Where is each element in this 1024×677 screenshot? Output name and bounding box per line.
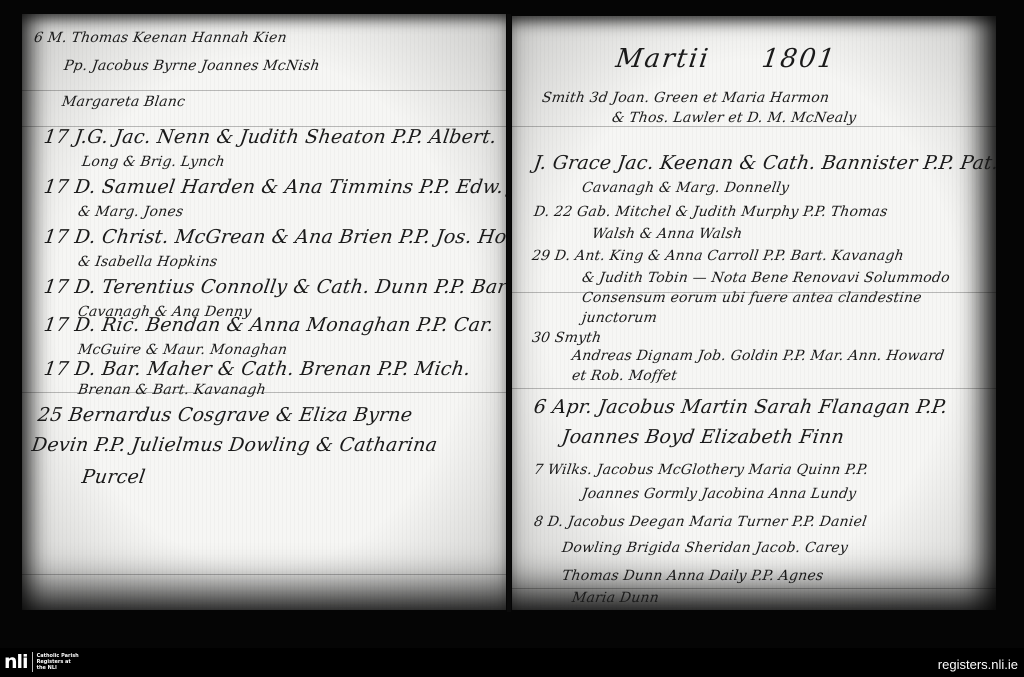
register-entry-line: Consensum eorum ubi fuere antea clandest… <box>581 290 923 306</box>
registers-site-link[interactable]: registers.nli.ie <box>938 657 1018 672</box>
register-entry-line: et Rob. Moffet <box>571 368 678 384</box>
register-month-heading: Martii <box>614 44 712 74</box>
register-entry-line: Joannes Gormly Jacobina Anna Lundy <box>581 486 857 502</box>
page-gutter <box>507 14 511 612</box>
ruled-line <box>22 90 506 91</box>
register-entry-line: Thomas Dunn Anna Daily P.P. Agnes <box>561 568 825 584</box>
register-entry-line: & Thos. Lawler et D. M. McNealy <box>611 110 857 126</box>
register-entry-line: Joannes Boyd Elizabeth Finn <box>560 426 845 448</box>
ruled-line <box>22 574 506 575</box>
register-entry-line: Walsh & Anna Walsh <box>591 226 744 242</box>
register-entry-line: 17 D. Christ. McGrean & Ana Brien P.P. J… <box>42 226 506 248</box>
register-entry-line: Cavanagh & Marg. Donnelly <box>581 180 790 196</box>
register-year-heading: 1801 <box>760 44 838 74</box>
register-entry-line: J. Grace Jac. Keenan & Cath. Bannister P… <box>532 152 996 174</box>
nli-logo-mark: nli <box>4 653 28 672</box>
ruled-line <box>512 588 996 589</box>
register-entry-line: Devin P.P. Julielmus Dowling & Catharina <box>30 434 438 456</box>
register-entry-line: 17 J.G. Jac. Nenn & Judith Sheaton P.P. … <box>42 126 498 148</box>
register-entry-line: Purcel <box>80 466 146 488</box>
register-entry-line faint: & Judith Tobin — Nota Bene Renovavi Solu… <box>581 270 951 286</box>
footer-bar: nli Catholic Parish Registers at the NLI… <box>0 648 1024 677</box>
register-entry-line: 30 Smyth <box>531 330 603 346</box>
ruled-line <box>512 126 996 127</box>
logo-text-line: the NLI <box>37 665 79 671</box>
ruled-line <box>512 388 996 389</box>
register-entry-line: 8 D. Jacobus Deegan Maria Turner P.P. Da… <box>533 514 868 530</box>
register-entry-line: 25 Bernardus Cosgrave & Eliza Byrne <box>36 404 413 426</box>
register-entry-line: 6 M. Thomas Keenan Hannah Kien <box>33 30 288 46</box>
register-entry-line: Andreas Dignam Job. Goldin P.P. Mar. Ann… <box>571 348 945 364</box>
left-register-page: 6 M. Thomas Keenan Hannah Kien Pp. Jacob… <box>22 14 506 610</box>
nli-logo[interactable]: nli Catholic Parish Registers at the NLI <box>4 652 79 672</box>
register-entry-line: 17 D. Ric. Bendan & Anna Monaghan P.P. C… <box>42 314 495 336</box>
register-entry-line: Margareta Blanc <box>61 94 186 110</box>
register-entry-line: D. 22 Gab. Mitchel & Judith Murphy P.P. … <box>533 204 889 220</box>
register-entry-line: McGuire & Maur. Monaghan <box>77 342 288 358</box>
register-entry-line: & Marg. Jones <box>77 204 185 220</box>
register-entry-line: 7 Wilks. Jacobus McGlothery Maria Quinn … <box>533 462 869 478</box>
register-entry-line: 29 D. Ant. King & Anna Carroll P.P. Bart… <box>531 248 905 264</box>
register-entry-line: Maria Dunn <box>571 590 660 606</box>
right-register-page: Martii 1801 Smith 3d Joan. Green et Mari… <box>512 16 996 610</box>
register-entry-line: Dowling Brigida Sheridan Jacob. Carey <box>561 540 849 556</box>
register-entry-line: 17 D. Bar. Maher & Cath. Brenan P.P. Mic… <box>42 358 471 380</box>
register-entry-line: 6 Apr. Jacobus Martin Sarah Flanagan P.P… <box>532 396 948 418</box>
register-entry-line: & Isabella Hopkins <box>77 254 219 270</box>
register-image-viewer[interactable]: 6 M. Thomas Keenan Hannah Kien Pp. Jacob… <box>0 0 1024 648</box>
register-entry-line: junctorum <box>581 310 658 326</box>
register-entry-line: Pp. Jacobus Byrne Joannes McNish <box>63 58 321 74</box>
register-entry-line: 17 D. Terentius Connolly & Cath. Dunn P.… <box>42 276 506 298</box>
register-entry-line: Brenan & Bart. Kavanagh <box>77 382 267 398</box>
register-entry-line: 17 D. Samuel Harden & Ana Timmins P.P. E… <box>42 176 506 198</box>
register-entry-line: Long & Brig. Lynch <box>81 154 226 170</box>
logo-divider <box>32 652 33 672</box>
nli-logo-text: Catholic Parish Registers at the NLI <box>37 653 79 671</box>
register-entry-line: Smith 3d Joan. Green et Maria Harmon <box>541 90 830 106</box>
